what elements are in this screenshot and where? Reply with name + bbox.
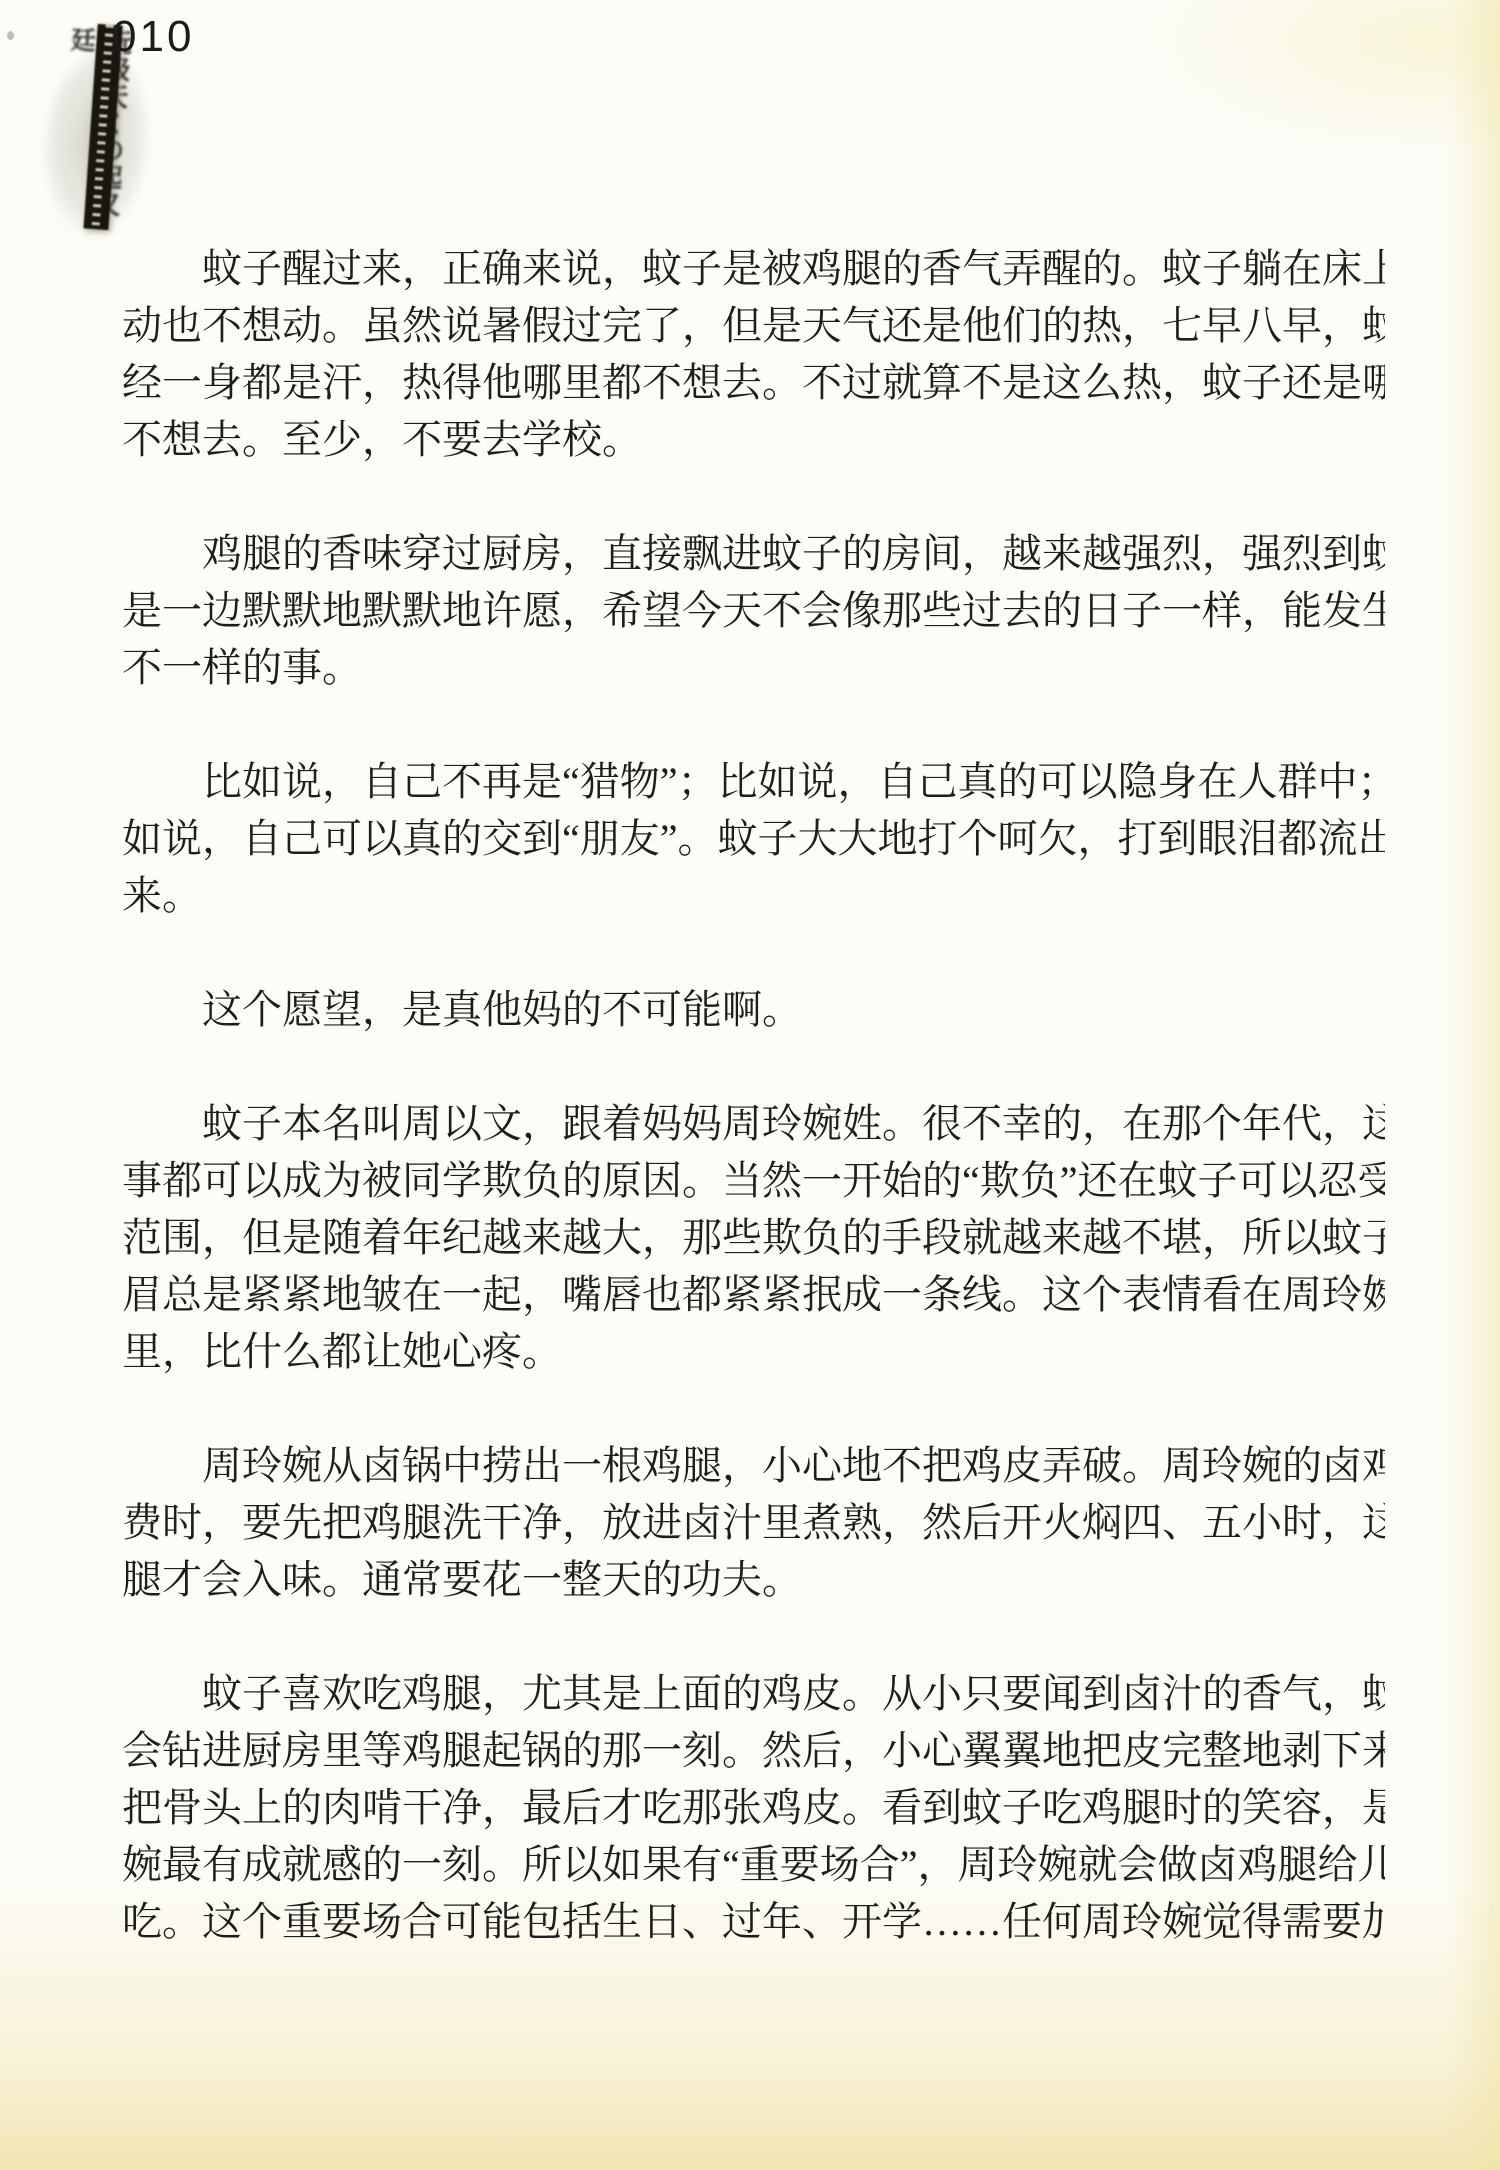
text-line: 蚊子喜欢吃鸡腿，尤其是上面的鸡皮。从小只要闻到卤汁的香气，蚊子就 [122, 1665, 1385, 1722]
book-page: 阮极天くの起又廷 010 蚊子醒过来，正确来说，蚊子是被鸡腿的香气弄醒的。蚊子躺… [0, 0, 1500, 2170]
text-line: 婉最有成就感的一刻。所以如果有“重要场合”，周玲婉就会做卤鸡腿给儿子 [122, 1836, 1385, 1893]
text-line: 不一样的事。 [122, 639, 1385, 696]
text-line: 动也不想动。虽然说暑假过完了，但是天气还是他们的热，七早八早，蚊子已 [122, 297, 1385, 354]
dust-speck [7, 31, 14, 40]
text-line: 是一边默默地默默地许愿，希望今天不会像那些过去的日子一样，能发生一点 [122, 582, 1385, 639]
text-line: 周玲婉从卤锅中捞出一根鸡腿，小心地不把鸡皮弄破。周玲婉的卤鸡腿很 [122, 1437, 1385, 1494]
page-number: 010 [112, 12, 194, 62]
text-line: 不想去。至少，不要去学校。 [122, 411, 1385, 468]
text-line: 眉总是紧紧地皱在一起，嘴唇也都紧紧抿成一条线。这个表情看在周玲婉的眼 [122, 1266, 1385, 1323]
text-line: 鸡腿的香味穿过厨房，直接飘进蚊子的房间，越来越强烈，强烈到蚊子还 [122, 525, 1385, 582]
paragraph: 蚊子喜欢吃鸡腿，尤其是上面的鸡皮。从小只要闻到卤汁的香气，蚊子就会钻进厨房里等鸡… [122, 1665, 1385, 1950]
text-line: 吃。这个重要场合可能包括生日、过年、开学……任何周玲婉觉得需要加油打 [122, 1893, 1385, 1950]
text-line: 经一身都是汗，热得他哪里都不想去。不过就算不是这么热，蚊子还是哪里都 [122, 354, 1385, 411]
story-text: 蚊子醒过来，正确来说，蚊子是被鸡腿的香气弄醒的。蚊子躺在床上，一动也不想动。虽然… [122, 240, 1385, 1950]
text-line: 范围，但是随着年纪越来越大，那些欺负的手段就越来越不堪，所以蚊子的浓 [122, 1209, 1385, 1266]
paragraph: 鸡腿的香味穿过厨房，直接飘进蚊子的房间，越来越强烈，强烈到蚊子还是一边默默地默默… [122, 525, 1385, 696]
text-line: 来。 [122, 867, 1385, 924]
text-line: 如说，自己可以真的交到“朋友”。蚊子大大地打个呵欠，打到眼泪都流出 [122, 810, 1385, 867]
text-line: 里，比什么都让她心疼。 [122, 1323, 1385, 1380]
text-line: 比如说，自己不再是“猎物”；比如说，自己真的可以隐身在人群中；比 [122, 753, 1385, 810]
paragraph: 这个愿望，是真他妈的不可能啊。 [122, 981, 1385, 1038]
text-line: 蚊子醒过来，正确来说，蚊子是被鸡腿的香气弄醒的。蚊子躺在床上，一 [122, 240, 1385, 297]
paragraph: 比如说，自己不再是“猎物”；比如说，自己真的可以隐身在人群中；比如说，自己可以真… [122, 753, 1385, 924]
paragraph: 蚊子本名叫周以文，跟着妈妈周玲婉姓。很不幸的，在那个年代，这种小事都可以成为被同… [122, 1095, 1385, 1380]
text-line: 会钻进厨房里等鸡腿起锅的那一刻。然后，小心翼翼地把皮完整地剥下来，先 [122, 1722, 1385, 1779]
text-line: 腿才会入味。通常要花一整天的功夫。 [122, 1551, 1385, 1608]
text-line: 蚊子本名叫周以文，跟着妈妈周玲婉姓。很不幸的，在那个年代，这种小 [122, 1095, 1385, 1152]
text-line: 这个愿望，是真他妈的不可能啊。 [122, 981, 1385, 1038]
text-line: 费时，要先把鸡腿洗干净，放进卤汁里煮熟，然后开火焖四、五小时，这样鸡 [122, 1494, 1385, 1551]
text-line: 把骨头上的肉啃干净，最后才吃那张鸡皮。看到蚊子吃鸡腿时的笑容，是周玲 [122, 1779, 1385, 1836]
text-line: 事都可以成为被同学欺负的原因。当然一开始的“欺负”还在蚊子可以忍受的 [122, 1152, 1385, 1209]
paragraph: 蚊子醒过来，正确来说，蚊子是被鸡腿的香气弄醒的。蚊子躺在床上，一动也不想动。虽然… [122, 240, 1385, 468]
paragraph: 周玲婉从卤锅中捞出一根鸡腿，小心地不把鸡皮弄破。周玲婉的卤鸡腿很费时，要先把鸡腿… [122, 1437, 1385, 1608]
